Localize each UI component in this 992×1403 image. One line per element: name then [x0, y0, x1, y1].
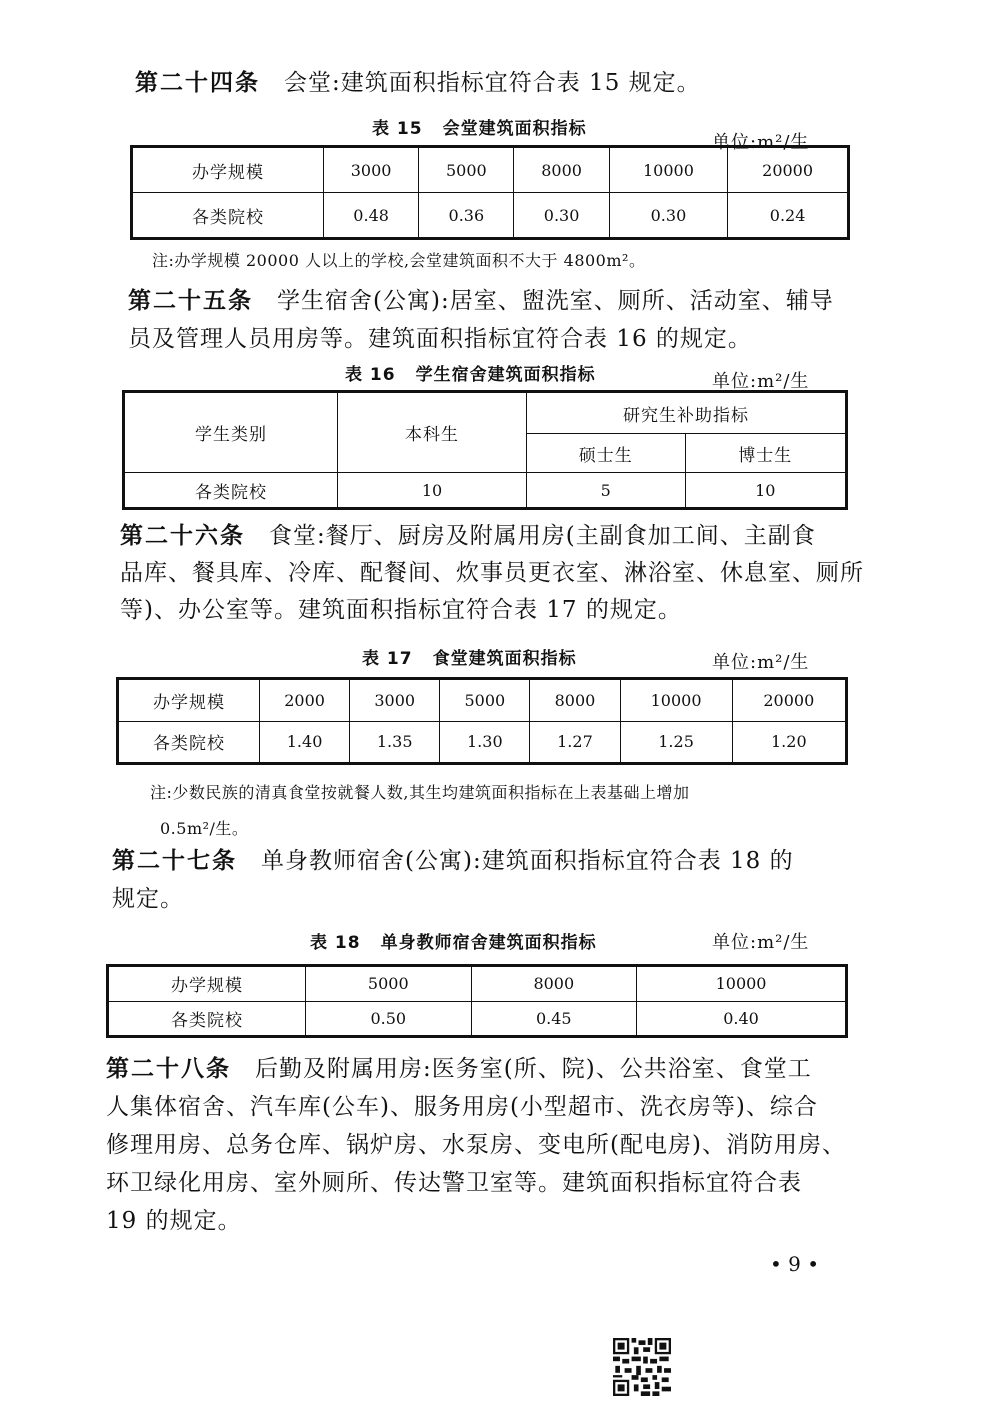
- table-cell: 5000: [306, 966, 472, 1002]
- table-17-unit: 单位:m²/生: [712, 648, 809, 674]
- table-cell: 1.27: [530, 721, 620, 764]
- row-label-cell: 各类院校: [108, 1001, 306, 1037]
- qr-code-icon: [612, 1338, 672, 1396]
- article-label: 第二十七条: [112, 848, 237, 874]
- article-25: 第二十五条学生宿舍(公寓):居室、盥洗室、厕所、活动室、辅导 员及管理人员用房等…: [128, 282, 834, 358]
- table-cell: 0.36: [419, 193, 514, 239]
- table-cell: 20000: [732, 679, 846, 722]
- header-cell: 本科生: [338, 392, 527, 473]
- table-cell: 1.40: [260, 721, 350, 764]
- table-cell: 8000: [471, 966, 637, 1002]
- article-26: 第二十六条食堂:餐厅、厨房及附属用房(主副食加工间、主副食 品库、餐具库、冷库、…: [120, 518, 864, 629]
- header-cell: 学生类别: [124, 392, 338, 473]
- table-cell: 0.24: [728, 193, 849, 239]
- article-label: 第二十四条: [135, 70, 260, 96]
- table-cell: 8000: [514, 147, 609, 193]
- table-cell: 0.40: [637, 1001, 847, 1037]
- table-cell: 3000: [324, 147, 419, 193]
- header-cell: 办学规模: [118, 679, 260, 722]
- article-27: 第二十七条单身教师宿舍(公寓):建筑面积指标宜符合表 18 的 规定。: [112, 842, 794, 918]
- header-cell: 硕士生: [527, 434, 686, 473]
- table-cell: 0.48: [324, 193, 419, 239]
- table-16-caption: 表 16学生宿舍建筑面积指标: [345, 360, 596, 385]
- table-cell: 10: [685, 473, 846, 509]
- table-cell: 10000: [620, 679, 732, 722]
- article-label: 第二十八条: [106, 1056, 231, 1082]
- table-cell: 0.30: [514, 193, 609, 239]
- table-15-note: 注:办学规模 20000 人以上的学校,会堂建筑面积不大于 4800m²。: [152, 248, 645, 271]
- table-15: 办学规模 3000 5000 8000 10000 20000 各类院校 0.4…: [130, 145, 850, 240]
- header-cell: 办学规模: [108, 966, 306, 1002]
- table-row: 各类院校 10 5 10: [124, 473, 847, 509]
- table-cell: 10000: [637, 966, 847, 1002]
- table-17: 办学规模 2000 3000 5000 8000 10000 20000 各类院…: [116, 677, 848, 765]
- table-cell: 0.45: [471, 1001, 637, 1037]
- table-17-note-cont: 0.5m²/生。: [160, 816, 248, 839]
- row-label-cell: 各类院校: [132, 193, 324, 239]
- table-row: 办学规模 5000 8000 10000: [108, 966, 847, 1002]
- article-label: 第二十六条: [120, 523, 245, 549]
- header-cell: 博士生: [685, 434, 846, 473]
- table-cell: 1.35: [350, 721, 440, 764]
- row-label-cell: 各类院校: [118, 721, 260, 764]
- table-row: 办学规模 3000 5000 8000 10000 20000: [132, 147, 849, 193]
- table-15-caption: 表 15会堂建筑面积指标: [372, 114, 587, 139]
- table-row: 学生类别 本科生 研究生补助指标: [124, 392, 847, 434]
- table-cell: 1.20: [732, 721, 846, 764]
- header-cell: 办学规模: [132, 147, 324, 193]
- table-row: 各类院校 0.48 0.36 0.30 0.30 0.24: [132, 193, 849, 239]
- article-text: 会堂:建筑面积指标宜符合表 15 规定。: [284, 70, 701, 96]
- table-17-caption: 表 17食堂建筑面积指标: [362, 644, 577, 669]
- table-cell: 20000: [728, 147, 849, 193]
- article-28: 第二十八条后勤及附属用房:医务室(所、院)、公共浴室、食堂工 人集体宿舍、汽车库…: [106, 1050, 846, 1240]
- table-cell: 3000: [350, 679, 440, 722]
- row-label-cell: 各类院校: [124, 473, 338, 509]
- article-label: 第二十五条: [128, 288, 253, 314]
- table-cell: 0.50: [306, 1001, 472, 1037]
- table-cell: 2000: [260, 679, 350, 722]
- table-cell: 5000: [440, 679, 530, 722]
- table-row: 各类院校 1.40 1.35 1.30 1.27 1.25 1.20: [118, 721, 847, 764]
- table-17-note: 注:少数民族的清真食堂按就餐人数,其生均建筑面积指标在上表基础上增加: [150, 780, 689, 803]
- table-18: 办学规模 5000 8000 10000 各类院校 0.50 0.45 0.40: [106, 964, 848, 1038]
- table-cell: 10000: [609, 147, 727, 193]
- table-cell: 10: [338, 473, 527, 509]
- page-number: • 9 •: [770, 1252, 819, 1276]
- table-cell: 5: [527, 473, 686, 509]
- article-24: 第二十四条会堂:建筑面积指标宜符合表 15 规定。: [135, 64, 701, 102]
- table-row: 办学规模 2000 3000 5000 8000 10000 20000: [118, 679, 847, 722]
- table-cell: 8000: [530, 679, 620, 722]
- table-18-unit: 单位:m²/生: [712, 928, 809, 954]
- table-18-caption: 表 18单身教师宿舍建筑面积指标: [310, 928, 597, 953]
- table-cell: 5000: [419, 147, 514, 193]
- document-page: 第二十四条会堂:建筑面积指标宜符合表 15 规定。 表 15会堂建筑面积指标 单…: [0, 0, 992, 1403]
- table-row: 各类院校 0.50 0.45 0.40: [108, 1001, 847, 1037]
- table-cell: 0.30: [609, 193, 727, 239]
- header-cell: 研究生补助指标: [527, 392, 847, 434]
- table-cell: 1.25: [620, 721, 732, 764]
- table-16: 学生类别 本科生 研究生补助指标 硕士生 博士生 各类院校 10 5 10: [122, 390, 848, 510]
- table-cell: 1.30: [440, 721, 530, 764]
